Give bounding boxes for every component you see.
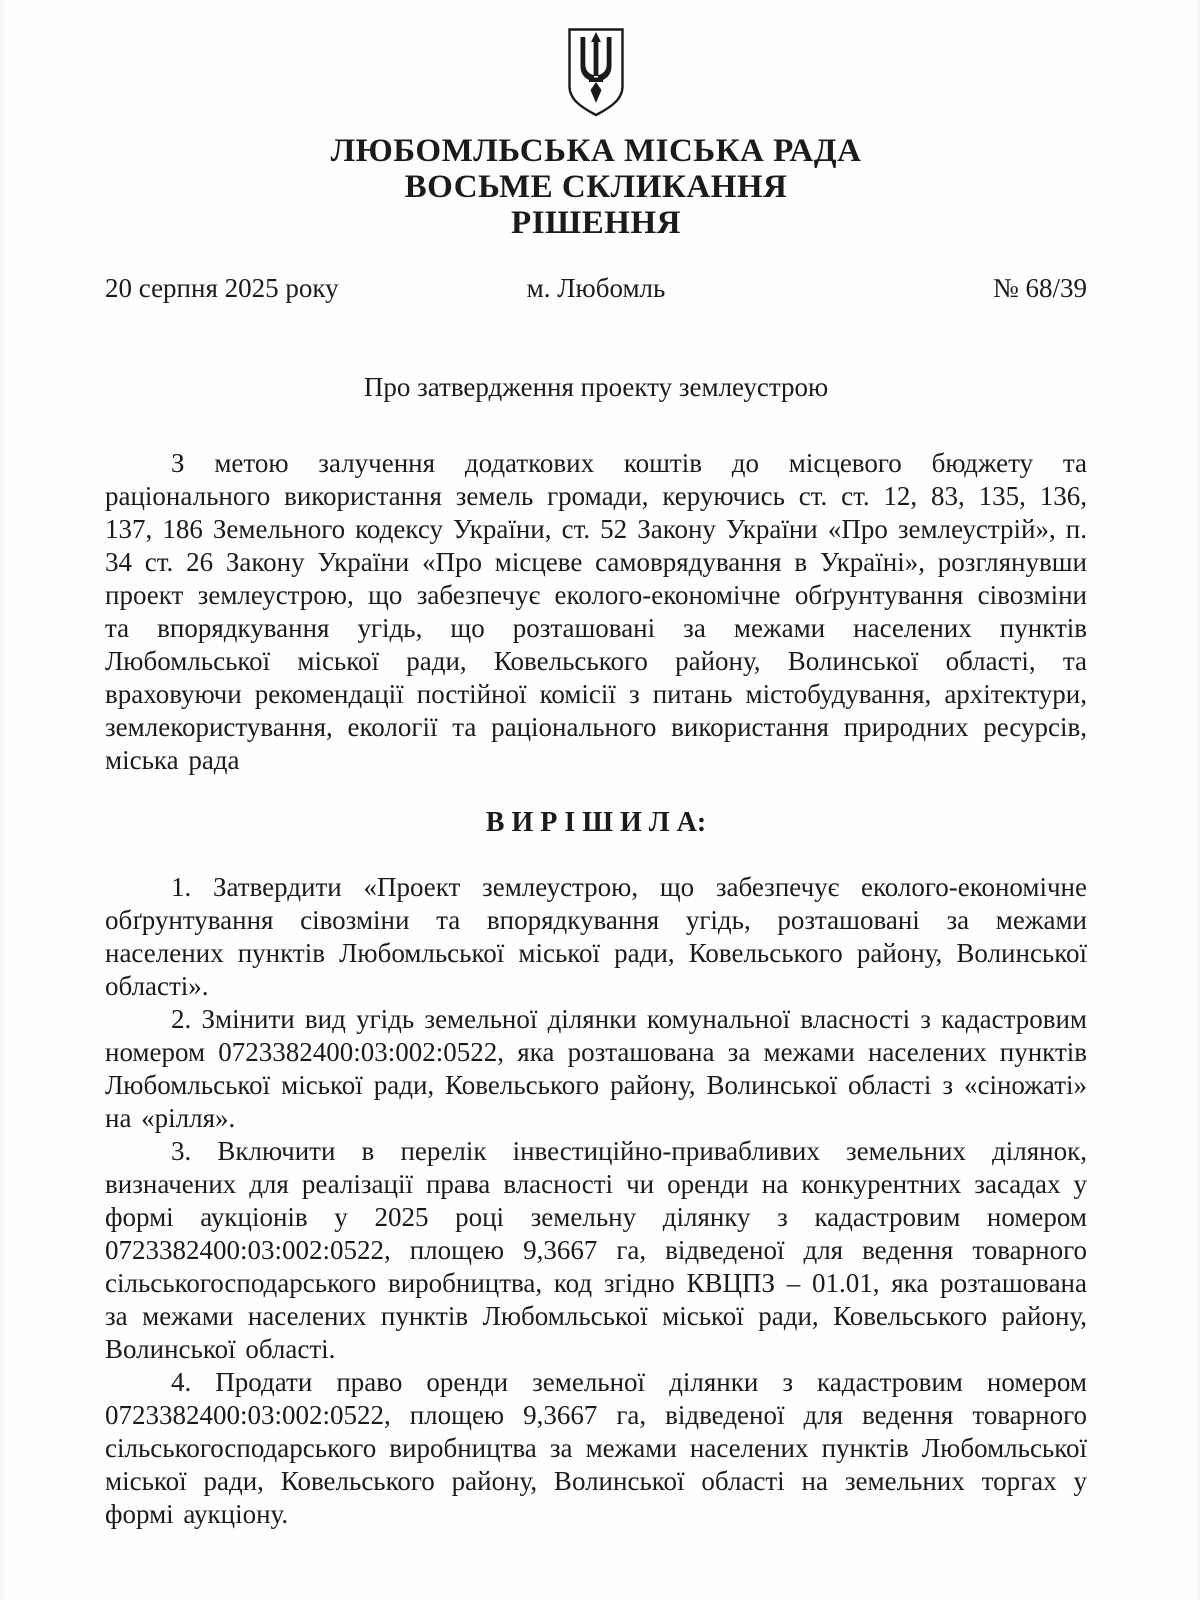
convocation-line: ВОСЬМЕ СКЛИКАННЯ [105,169,1087,205]
document-meta-row: 20 серпня 2025 року м. Любомль № 68/39 [105,273,1087,304]
emblem-container [105,26,1087,123]
ukraine-trident-emblem-icon [565,26,627,118]
resolved-heading: В И Р І Ш И Л А: [105,807,1087,839]
preamble-paragraph: З метою залучення додаткових коштів до м… [105,447,1087,777]
decision-document-page: ЛЮБОМЛЬСЬКА МІСЬКА РАДА ВОСЬМЕ СКЛИКАННЯ… [0,0,1200,1600]
document-subject: Про затвердження проекту землеустрою [105,372,1087,403]
resolution-item-3: 3. Включити в перелік інвестиційно-прива… [105,1135,1087,1366]
resolution-item-2: 2. Змінити вид угідь земельної ділянки к… [105,1003,1087,1135]
resolution-item-4: 4. Продати право оренди земельної ділянк… [105,1366,1087,1531]
document-number: № 68/39 [749,273,1087,304]
resolution-items: 1. Затвердити «Проект землеустрою, що за… [105,871,1087,1531]
document-date: 20 серпня 2025 року [105,273,443,304]
council-name: ЛЮБОМЛЬСЬКА МІСЬКА РАДА [105,133,1087,169]
document-type-title: РІШЕННЯ [105,205,1087,241]
resolution-item-1: 1. Затвердити «Проект землеустрою, що за… [105,871,1087,1003]
document-place: м. Любомль [443,273,750,304]
